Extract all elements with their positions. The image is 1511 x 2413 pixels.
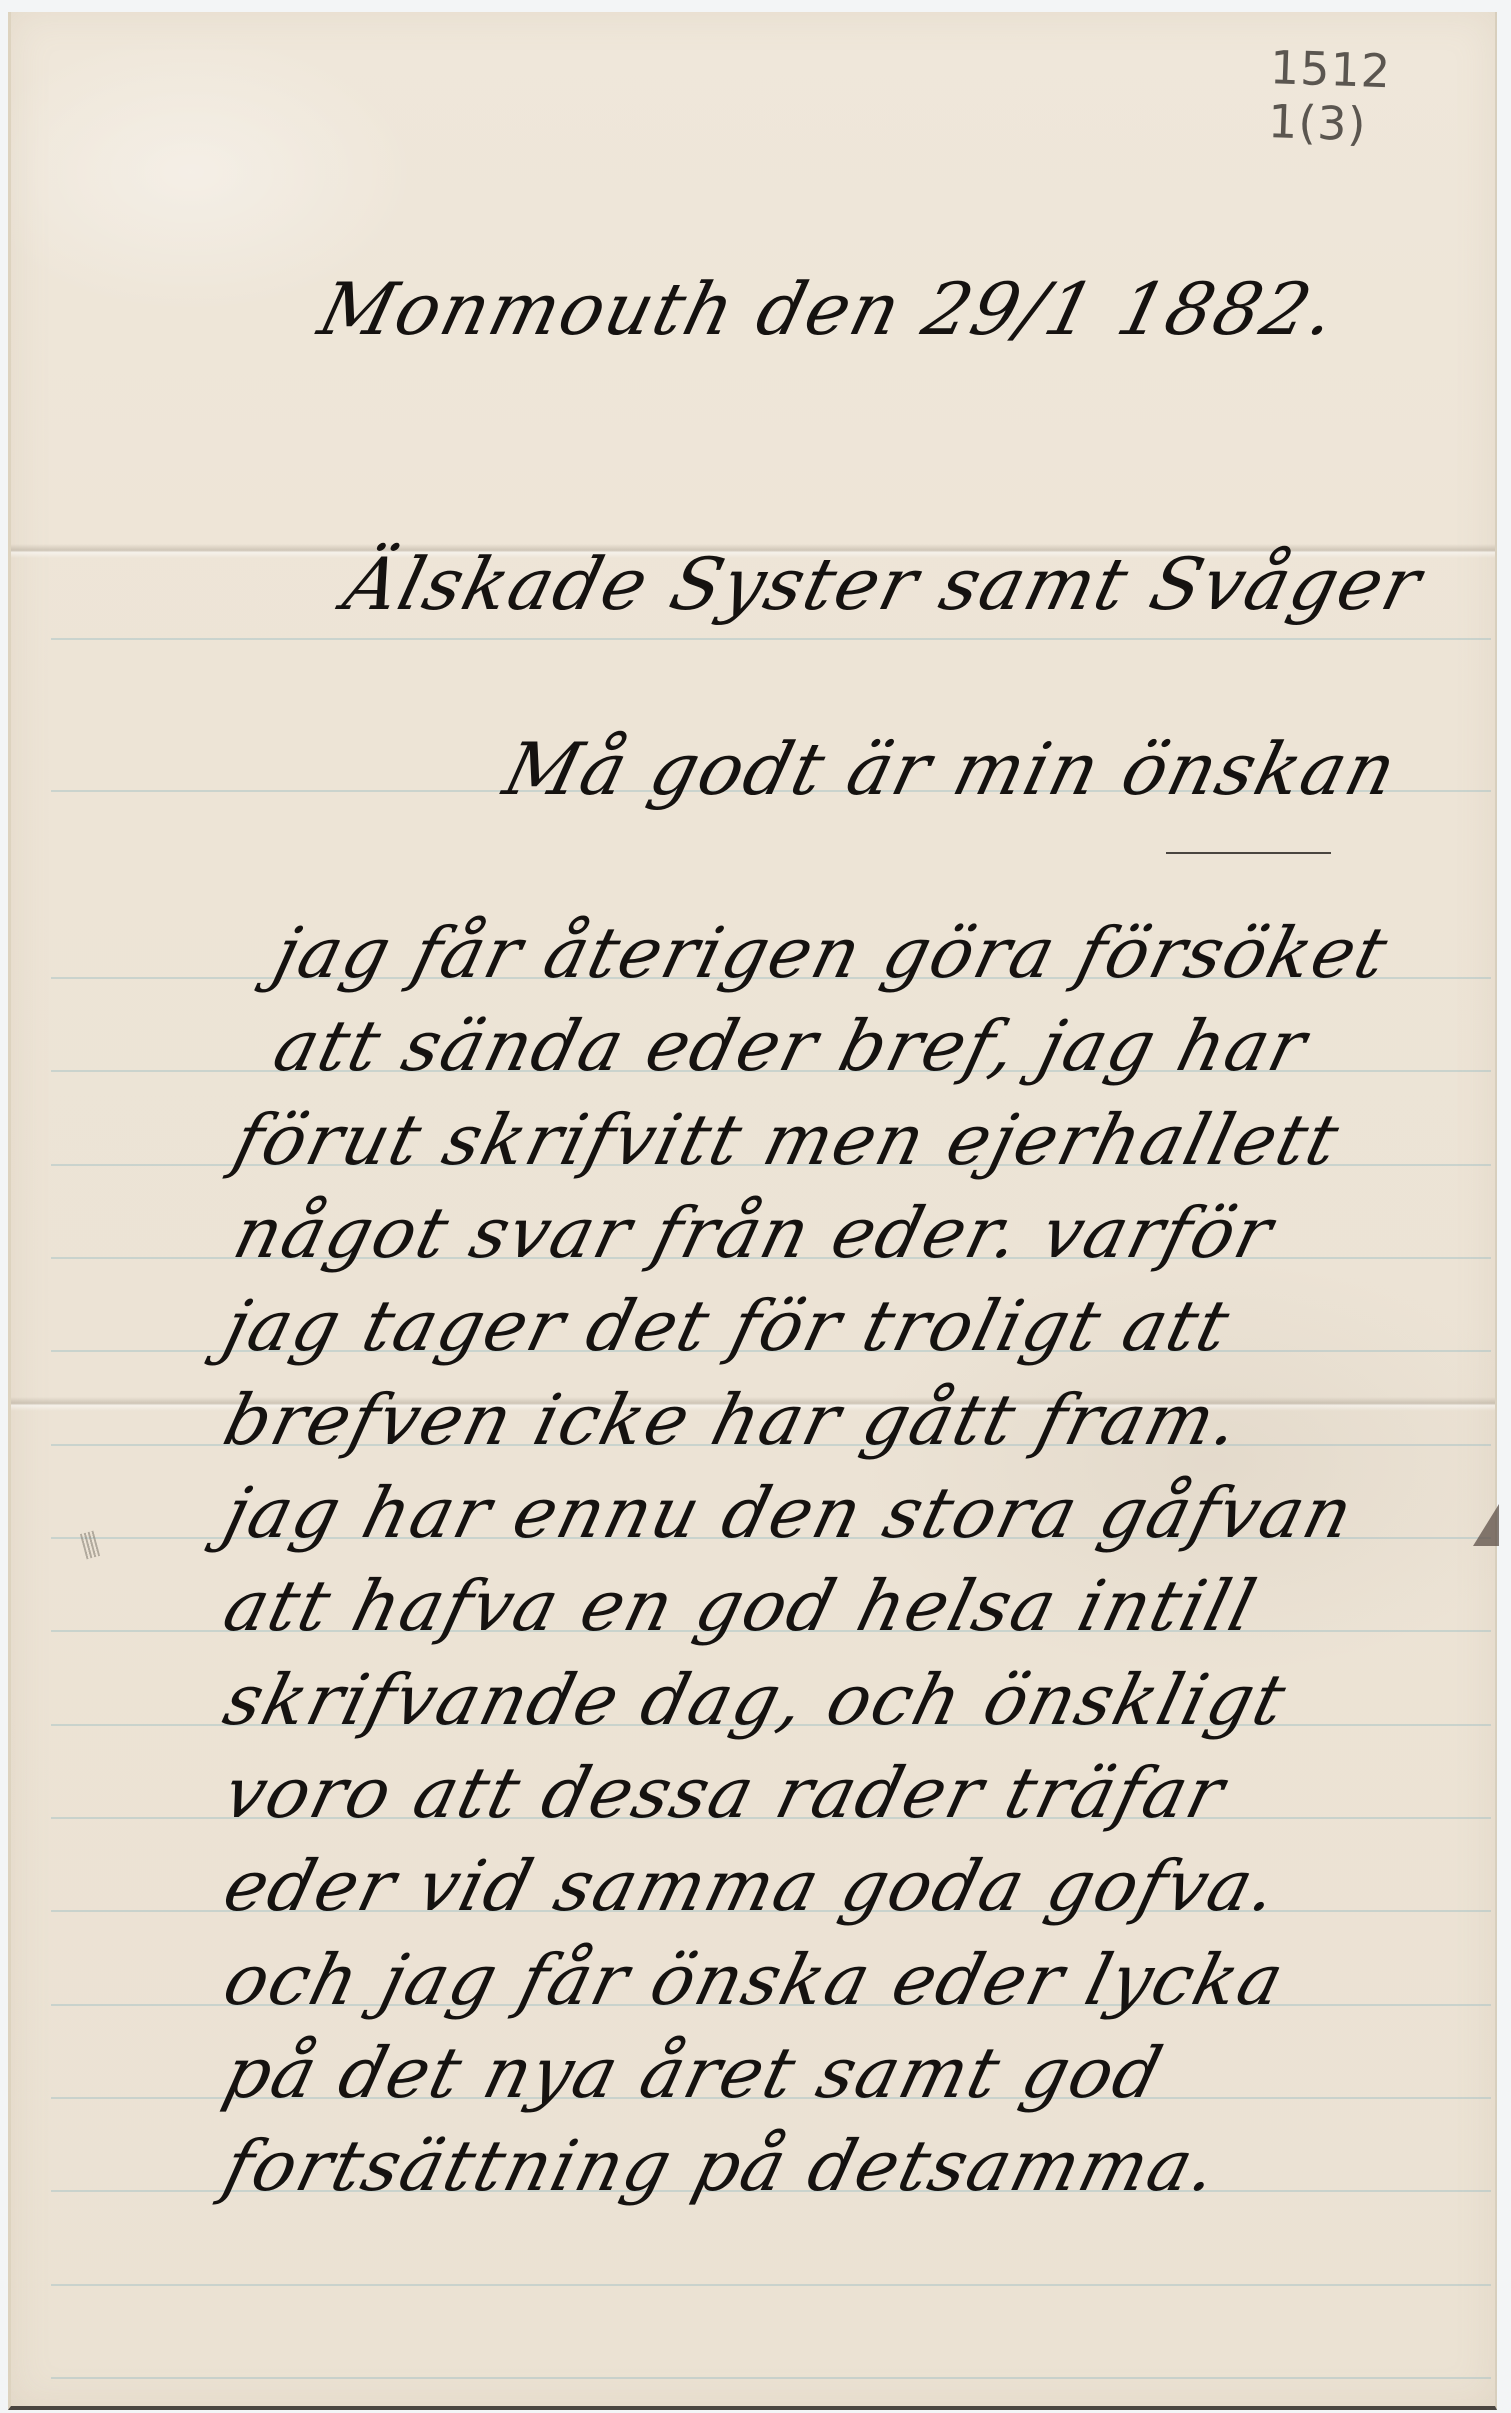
body-line: fortsättning på detsamma. bbox=[216, 2125, 1227, 2207]
ruled-line bbox=[51, 2284, 1491, 2286]
salutation: Älskade Syster samt Svåger bbox=[336, 542, 1431, 626]
body-line: eder vid samma goda gofva. bbox=[216, 1845, 1287, 1927]
body-line: förut skrifvitt men ejerhallett bbox=[226, 1099, 1348, 1181]
archive-mark: 1512 1(3) bbox=[1267, 40, 1497, 156]
greeting-underline bbox=[1166, 852, 1331, 854]
body-line: att hafva en god helsa intill bbox=[216, 1565, 1265, 1647]
letter-page: 1512 1(3) Monmouth den 29/1 1882. Älskad… bbox=[8, 12, 1497, 2410]
body-line: och jag får önska eder lycka bbox=[216, 1939, 1293, 2021]
edge-stain bbox=[80, 1531, 100, 1560]
place-date-line: Monmouth den 29/1 1882. bbox=[311, 267, 1346, 351]
body-line: jag har ennu den stora gåfvan bbox=[216, 1472, 1362, 1554]
greeting: Må godt är min önskan bbox=[496, 727, 1406, 811]
edge-tear bbox=[1473, 1504, 1499, 1546]
body-line: att sända eder bref, jag har bbox=[266, 1005, 1316, 1087]
body-line: jag får återigen göra försöket bbox=[266, 912, 1397, 994]
body-line: brefven icke har gått fram. bbox=[216, 1379, 1249, 1461]
ruled-line bbox=[51, 2377, 1491, 2379]
body-line: voro att dessa rader träfar bbox=[216, 1752, 1234, 1834]
ruled-line bbox=[51, 638, 1491, 640]
body-line: något svar från eder. varför bbox=[226, 1192, 1282, 1274]
body-line: jag tager det för troligt att bbox=[216, 1285, 1239, 1367]
body-line: på det nya året samt god bbox=[216, 2032, 1172, 2114]
body-line: skrifvande dag, och önskligt bbox=[216, 1659, 1295, 1741]
